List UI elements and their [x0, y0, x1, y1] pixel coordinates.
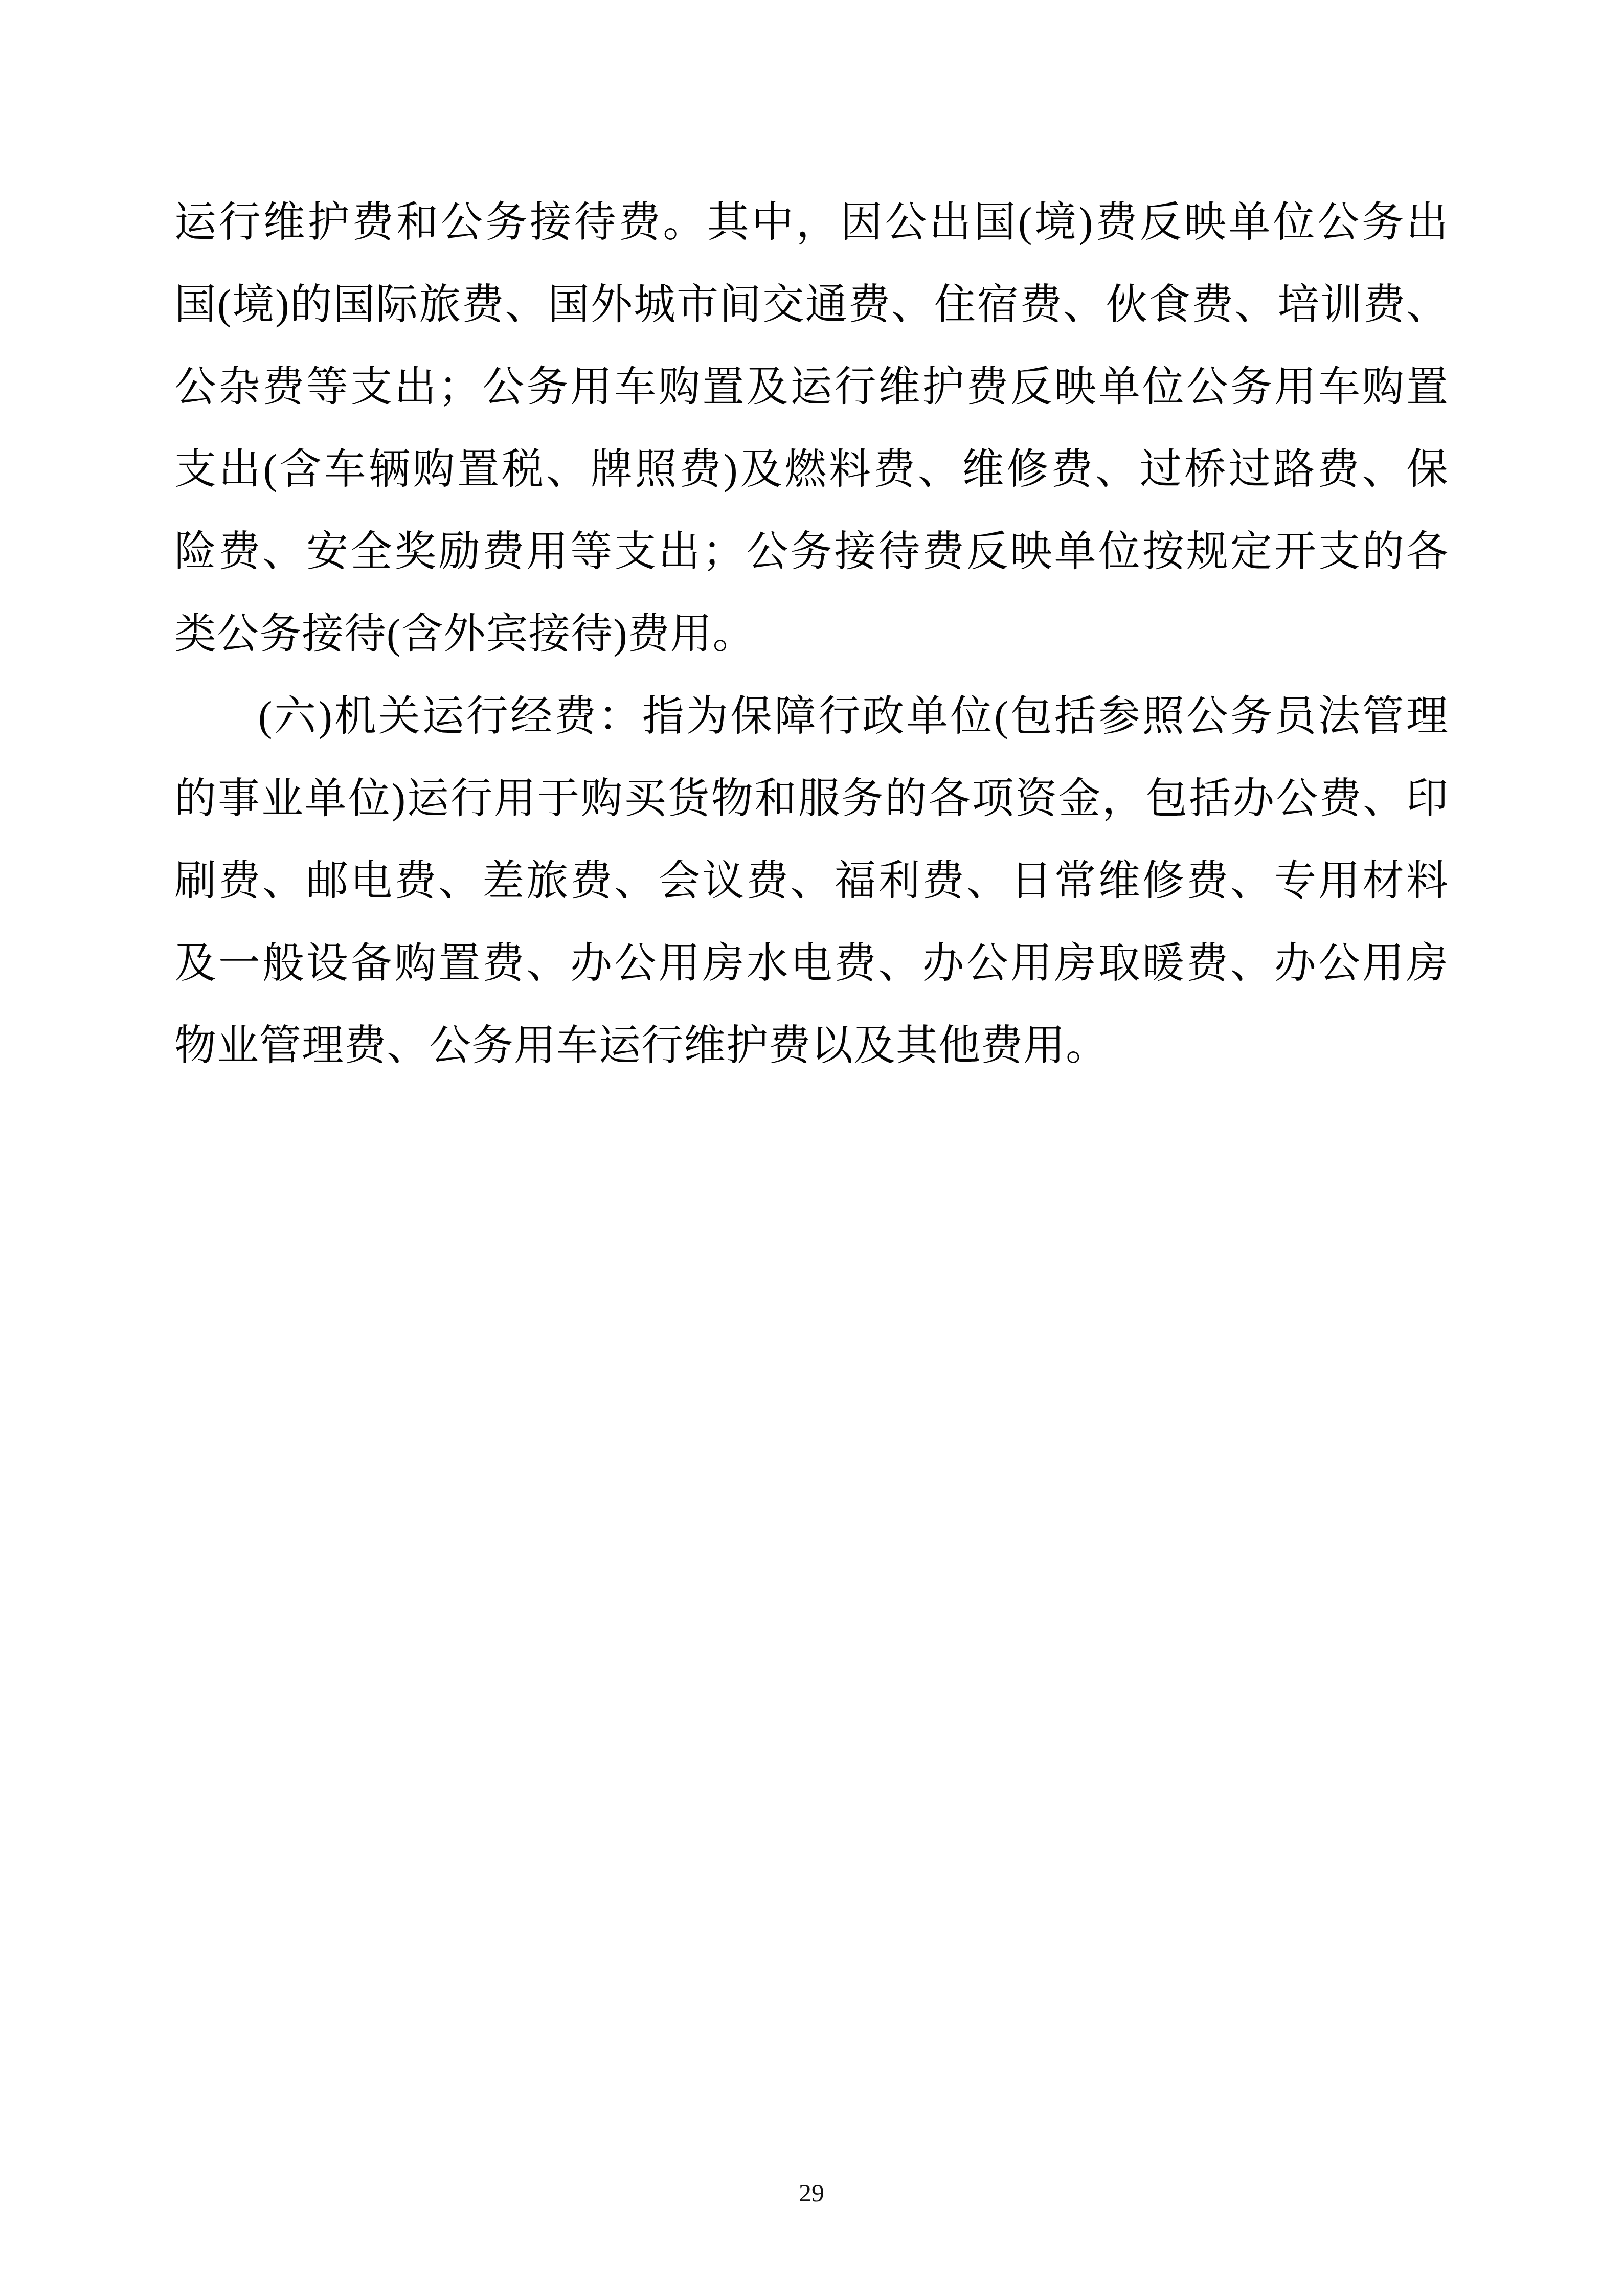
- text-line: 险费、安全奖励费用等支出；公务接待费反映单位按规定开支的各: [174, 510, 1449, 593]
- text-line: 支出(含车辆购置税、牌照费)及燃料费、维修费、过桥过路费、保: [174, 428, 1449, 510]
- page-number: 29: [0, 2172, 1623, 2213]
- text-line-paragraph-end: 类公务接待(含外宾接待)费用。: [174, 593, 1449, 675]
- text-line: 刷费、邮电费、差旅费、会议费、福利费、日常维修费、专用材料: [174, 840, 1449, 922]
- text-line: 的事业单位)运行用于购买货物和服务的各项资金，包括办公费、印: [174, 757, 1449, 840]
- text-line-paragraph-end: 物业管理费、公务用车运行维护费以及其他费用。: [174, 1004, 1449, 1087]
- text-line-paragraph-start: (六)机关运行经费：指为保障行政单位(包括参照公务员法管理: [174, 675, 1449, 757]
- document-page: 运行维护费和公务接待费。其中，因公出国(境)费反映单位公务出 国(境)的国际旅费…: [0, 0, 1623, 2296]
- text-line: 公杂费等支出；公务用车购置及运行维护费反映单位公务用车购置: [174, 346, 1449, 428]
- text-line: 及一般设备购置费、办公用房水电费、办公用房取暖费、办公用房: [174, 922, 1449, 1004]
- text-line: 国(境)的国际旅费、国外城市间交通费、住宿费、伙食费、培训费、: [174, 263, 1449, 346]
- text-line: 运行维护费和公务接待费。其中，因公出国(境)费反映单位公务出: [174, 181, 1449, 263]
- document-body: 运行维护费和公务接待费。其中，因公出国(境)费反映单位公务出 国(境)的国际旅费…: [174, 181, 1449, 1087]
